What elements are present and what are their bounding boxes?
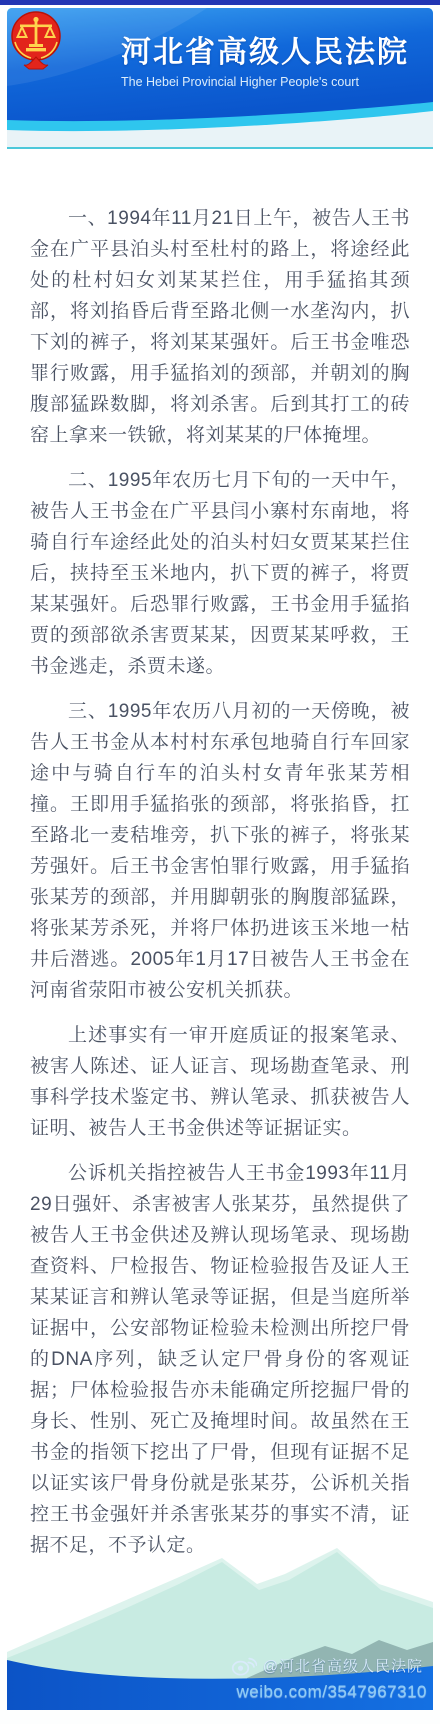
paragraph-case-1: 一、1994年11月21日上午，被告人王书金在广平县泊头村至杜村的路上，将途经此… [30,203,410,451]
paragraph-prosecution-finding: 公诉机关指控被告人王书金1993年11月29日强奸、杀害被害人张某芬，虽然提供了… [30,1158,410,1561]
weibo-watermark-url: weibo.com/3547967310 [236,1682,427,1702]
verdict-text-body: 一、1994年11月21日上午，被告人王书金在广平县泊头村至杜村的路上，将途经此… [7,149,433,1561]
court-title-cn: 河北省高级人民法院 [121,35,421,71]
page-top-strip [0,0,440,5]
weibo-eye-icon [231,1656,257,1676]
weibo-watermark-handle: @河北省高级人民法院 [231,1655,423,1676]
page-bottom-strip [0,1710,440,1724]
footer-graphic: @河北省高级人民法院 weibo.com/3547967310 [7,1542,433,1710]
poster-card: 河北省高级人民法院 The Hebei Provincial Higher Pe… [7,8,433,1561]
paragraph-case-3: 三、1995年农历八月初的一天傍晚，被告人王书金从本村村东承包地骑自行车回家途中… [30,696,410,1006]
header-banner: 河北省高级人民法院 The Hebei Provincial Higher Pe… [7,8,433,149]
paragraph-evidence: 上述事实有一审开庭质证的报案笔录、被害人陈述、证人证言、现场勘查笔录、刑事科学技… [30,1020,410,1144]
court-emblem-icon [7,8,65,72]
court-title-en: The Hebei Provincial Higher People's cou… [121,74,421,90]
paragraph-case-2: 二、1995年农历七月下旬的一天中午，被告人王书金在广平县闫小寨村东南地，将骑自… [30,465,410,682]
